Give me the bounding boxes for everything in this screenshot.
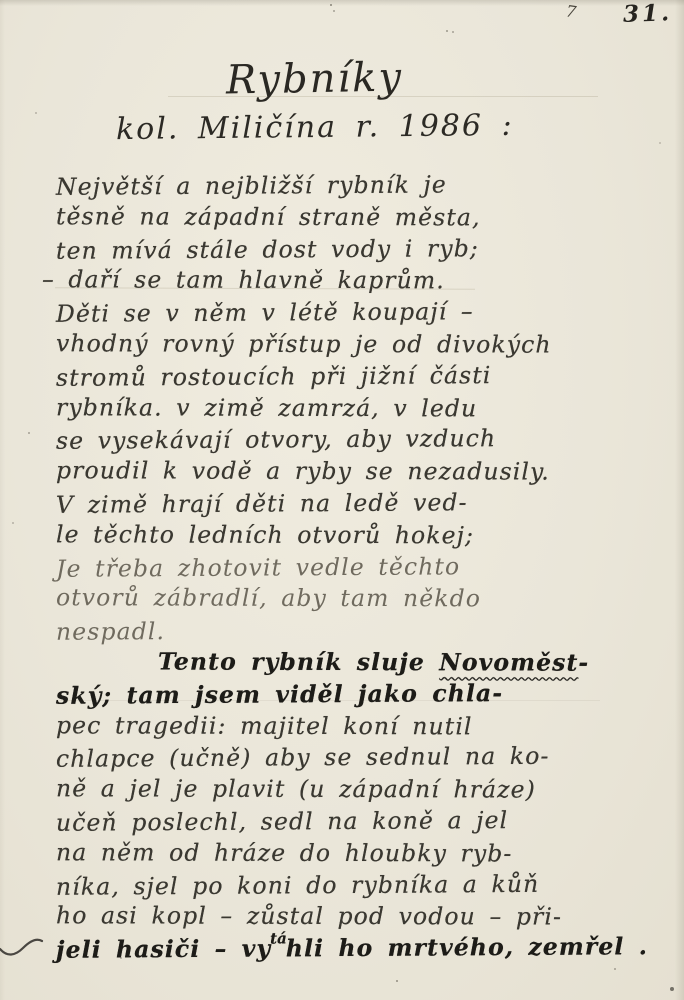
manuscript-line: na něm od hráze do hloubky ryb- xyxy=(56,837,640,870)
manuscript-line: se vysekávají otvory, aby vzduch xyxy=(56,423,640,458)
underlined-word: Novoměst xyxy=(439,648,578,676)
manuscript-line: níka, sjel po koni do rybníka a kůň xyxy=(56,868,640,903)
manuscript-line: chlapce (učně) aby se sednul na ko- xyxy=(56,741,640,776)
ink-specks xyxy=(0,0,2,2)
manuscript-line: jeli hasiči – vytáhli ho mrtvého, zemřel… xyxy=(56,931,640,966)
manuscript-line: ten mívá stále dost vody i ryb; xyxy=(56,232,640,267)
manuscript-line: V zimě hrají děti na ledě ved- xyxy=(56,486,640,521)
manuscript-line: Tento rybník sluje Novoměst- xyxy=(56,646,640,679)
manuscript-page: 7 31. Rybníky kol. Miličína r. 1986 : Ne… xyxy=(0,0,684,1000)
stray-pen-mark: 7 xyxy=(565,1,578,21)
page-number: 31. xyxy=(623,0,673,28)
margin-pen-stroke xyxy=(0,934,44,962)
manuscript-line: nespadl. xyxy=(56,613,640,648)
manuscript-line: rybníka. v zimě zamrzá, v ledu xyxy=(56,392,640,425)
manuscript-line: vhodný rovný přístup je od divokých xyxy=(56,328,640,361)
manuscript-line: Je třeba zhotovit vedle těchto xyxy=(56,550,640,585)
line-text: jeli hasiči – vy xyxy=(56,935,271,964)
page-subtitle: kol. Miličína r. 1986 : xyxy=(116,108,514,147)
manuscript-line: otvorů zábradlí, aby tam někdo xyxy=(56,583,640,616)
manuscript-line: ský; tam jsem viděl jako chla- xyxy=(56,677,640,712)
manuscript-line: – daří se tam hlavně kaprům. xyxy=(42,265,640,298)
manuscript-line: těsně na západní straně města, xyxy=(56,201,640,234)
line-text: - xyxy=(578,649,589,677)
manuscript-line: proudil k vodě a ryby se nezadusily. xyxy=(56,455,640,488)
manuscript-line: ho asi kopl – zůstal pod vodou – při- xyxy=(56,901,640,934)
line-text: hli ho mrtvého, zemřel . xyxy=(286,932,648,962)
manuscript-line: le těchto ledních otvorů hokej; xyxy=(56,519,640,552)
manuscript-body: Největší a nejbližší rybník je těsně na … xyxy=(56,170,640,965)
manuscript-line: stromů rostoucích při jižní části xyxy=(56,359,640,394)
manuscript-line: Děti se v něm v létě koupají – xyxy=(56,295,640,330)
page-title: Rybníky xyxy=(226,54,404,103)
manuscript-line: Největší a nejbližší rybník je xyxy=(56,168,640,203)
line-text: Tento rybník sluje xyxy=(158,647,439,676)
inserted-correction: tá xyxy=(270,929,287,947)
manuscript-line: učeň poslechl, sedl na koně a jel xyxy=(56,804,640,839)
manuscript-line: ně a jel je plavit (u západní hráze) xyxy=(56,773,640,806)
manuscript-line: pec tragedii: majitel koní nutil xyxy=(56,710,640,743)
